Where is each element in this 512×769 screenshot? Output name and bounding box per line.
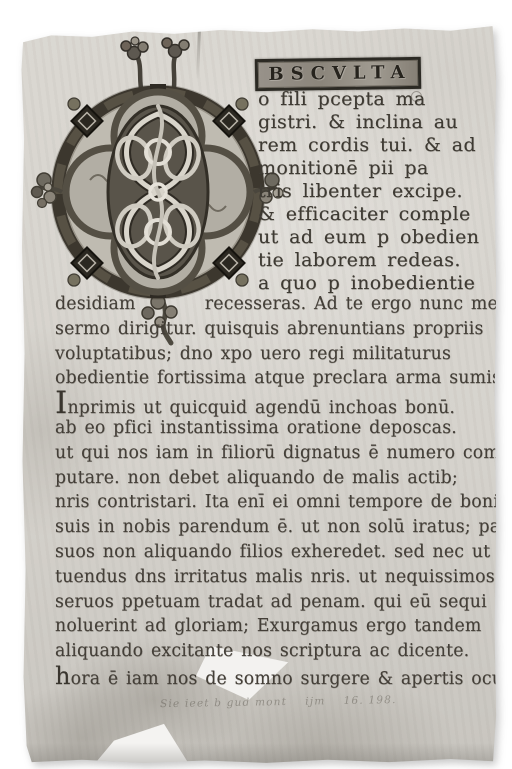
text-line: tris libenter excipe. [258,180,483,203]
text-line: nris contristari. Ita enī ei omni tempor… [55,490,490,515]
text-line: rem cordis tui. & ad [258,134,483,157]
opening-text-column: o fili pcepta ma gistri. & inclina au re… [258,88,483,295]
text-line: suis in nobis parendum ē. ut non solū ir… [55,515,490,540]
text-line: obedientie fortissima atque preclara arm… [55,366,490,391]
leaf-shadow-wrap: O BSCVLTA o fili pcepta ma gistri. & inc… [0,0,512,769]
text-line: ut ad eum p obedien [258,226,483,249]
text-line: ab eo pfici instantissima oratione depos… [55,416,490,441]
damage-patch [92,720,192,769]
text-line: ut qui nos iam in filiorū dignatus ē num… [55,441,490,466]
title-banner: BSCVLTA [255,57,421,91]
text-line: seruos ppetuam tradat ad penam. qui eū s… [55,590,490,615]
text-line: gistri. & inclina au [258,111,483,134]
bottom-inscription: Sie ieet b gud mont ijm 16. 198. [160,694,410,710]
manuscript-page: O BSCVLTA o fili pcepta ma gistri. & inc… [0,0,512,769]
text-line: putare. non debet aliquando de malis act… [55,466,490,491]
text-line: o fili pcepta ma [258,88,483,111]
text-line: Inprimis ut quicquid agendū inchoas bonū… [55,391,490,416]
text-line: desidiam recesseras. Ad te ergo nunc meu… [55,292,490,317]
initial-letter-value: O [0,0,1,1]
photograph-background: O BSCVLTA o fili pcepta ma gistri. & inc… [0,0,512,769]
text-line: noluerint ad gloriam; Exurgamus ergo tan… [55,614,490,639]
text-line: sermo dirigitur. quisquis abrenuntians p… [55,317,490,342]
title-banner-text: BSCVLTA [264,64,411,84]
text-line: tie laborem redeas. [258,249,483,272]
text-line: monitionē pii pa [258,157,483,180]
text-line: tuendus dns irritatus malis nris. ut neq… [55,565,490,590]
text-line: & efficaciter comple [258,203,483,226]
text-line: hora ē iam nos de somno surgere & aperti… [55,664,490,689]
text-line: suos non aliquando filios exheredet. sed… [55,540,490,565]
text-line: aliquando excitante nos scriptura ac dic… [55,639,490,664]
body-text-block: desidiam recesseras. Ad te ergo nunc meu… [55,292,490,689]
text-line: voluptatibus; dno xpo uero regi militatu… [55,342,490,367]
